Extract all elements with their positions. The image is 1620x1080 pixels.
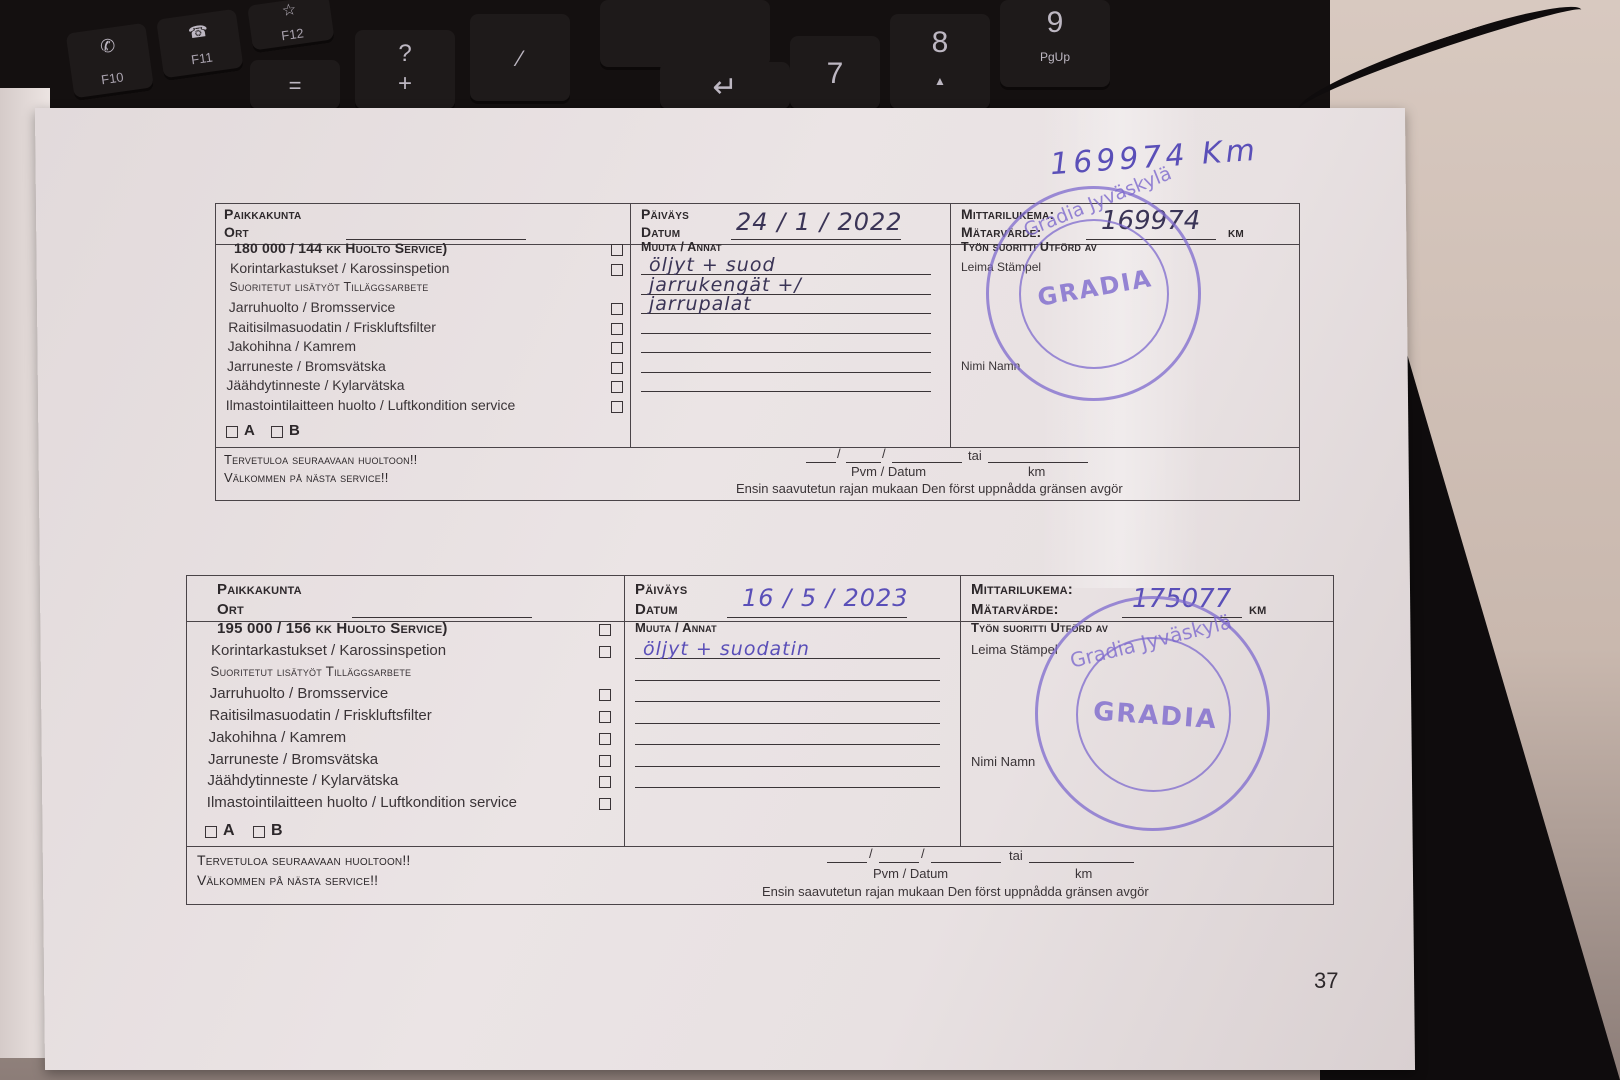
next-month-field[interactable] [846, 462, 881, 463]
checklist-item: Jäähdytinneste / Kylarvätska [207, 772, 398, 789]
next-date-label: Pvm / Datum [873, 866, 948, 881]
date-label-fi: Päiväys [641, 206, 689, 222]
key-label: 9 [1047, 6, 1064, 40]
service-checkbox[interactable] [599, 624, 611, 636]
workshop-stamp: Gradia Jyväskylä GRADIA [1035, 596, 1270, 831]
handwritten-note: jarrupalat [649, 293, 752, 315]
service-entry-1: Paikkakunta Ort Päiväys Datum 24 / 1 / 2… [215, 203, 1300, 501]
checklist-checkbox[interactable] [611, 381, 623, 393]
note-line[interactable] [635, 680, 940, 681]
next-km-field[interactable] [988, 462, 1088, 463]
key-f11: ☎ F11 [156, 9, 244, 82]
key-plus: ? + [355, 30, 455, 112]
checklist-checkbox[interactable] [611, 303, 623, 315]
checklist-checkbox[interactable] [599, 711, 611, 723]
odometer-unit: km [1228, 224, 1244, 240]
handwritten-note: öljyt + suodatin [643, 638, 810, 660]
next-year-field[interactable] [931, 862, 1001, 863]
footer-divider [187, 846, 1333, 847]
date-label-fi: Päiväys [635, 581, 687, 598]
or-label: tai [1009, 848, 1023, 863]
key-label: F12 [280, 25, 304, 43]
next-day-field[interactable] [806, 462, 836, 463]
key-7: 7 [790, 36, 880, 112]
key-label: = [289, 73, 302, 99]
checklist-checkbox[interactable] [611, 362, 623, 374]
welcome-fi: Tervetuloa seuraavaan huoltoon!! [224, 452, 418, 467]
slash: / [882, 446, 886, 461]
date-field[interactable] [727, 617, 907, 618]
checklist-item: Jarruneste / Bromsvätska [227, 358, 386, 374]
checklist-checkbox[interactable] [599, 689, 611, 701]
star-icon: ☆ [281, 0, 298, 21]
checklist-checkbox[interactable] [611, 264, 623, 276]
km-label: km [1075, 866, 1092, 881]
key-sublabel: ▲ [934, 74, 946, 88]
note-line[interactable] [641, 333, 931, 334]
note-line[interactable] [641, 391, 931, 392]
workshop-stamp: Gradia Jyväskylä GRADIA [986, 186, 1201, 401]
key-label: 7 [827, 57, 844, 91]
next-km-field[interactable] [1029, 862, 1134, 863]
welcome-sv: Välkommen på nästa service!! [224, 470, 389, 485]
checklist-item: Raitisilmasuodatin / Friskluftsfilter [209, 707, 432, 724]
key-slash: ⁄ [470, 14, 570, 104]
checklist-item: Jakohihna / Kamrem [228, 338, 356, 354]
other-label: Muuta / Annat [635, 620, 717, 635]
location-label-fi: Paikkakunta [217, 581, 302, 598]
key-9: 9 PgUp [1000, 0, 1110, 90]
option-a-label: A [223, 822, 235, 840]
next-date-label: Pvm / Datum [851, 464, 926, 479]
name-label: Nimi Namn [971, 754, 1035, 769]
note-line[interactable] [635, 723, 940, 724]
odometer-label-fi: Mittarilukema: [971, 581, 1073, 598]
checklist-item: Jarruhuolto / Bromsservice [229, 299, 396, 315]
key-zero: = [250, 60, 340, 112]
next-day-field[interactable] [827, 862, 867, 863]
odometer-label-sv: Mätarvärde: [971, 601, 1059, 618]
slash: / [837, 446, 841, 461]
limit-note: Ensin saavutetun rajan mukaan Den först … [762, 884, 1149, 899]
note-line[interactable] [635, 744, 940, 745]
slash: / [921, 846, 925, 861]
checklist-item: Korintarkastukset / Karossinspetion [230, 260, 449, 276]
key-sublabel: PgUp [1040, 50, 1070, 64]
note-line[interactable] [635, 766, 940, 767]
option-a-checkbox[interactable] [205, 826, 217, 838]
checklist-checkbox[interactable] [599, 646, 611, 658]
checklist-checkbox[interactable] [599, 755, 611, 767]
checklist-checkbox[interactable] [611, 401, 623, 413]
welcome-fi: Tervetuloa seuraavaan huoltoon!! [197, 852, 411, 868]
option-b-label: B [289, 422, 300, 439]
key-label: F11 [190, 49, 213, 67]
date-label-sv: Datum [641, 224, 680, 240]
checklist-checkbox[interactable] [599, 776, 611, 788]
service-checkbox[interactable] [611, 244, 623, 256]
key-large [600, 0, 770, 70]
section-heading: Suoritetut lisätyöt Tilläggsarbete [210, 664, 411, 679]
next-year-field[interactable] [892, 462, 962, 463]
other-label: Muuta / Annat [641, 240, 722, 254]
key-label: F10 [100, 69, 124, 87]
slash: / [869, 846, 873, 861]
option-b-label: B [271, 822, 283, 840]
note-line[interactable] [635, 701, 940, 702]
date-value: 16 / 5 / 2023 [742, 584, 909, 612]
service-header: 180 000 / 144 kk Huolto Service) [234, 240, 447, 256]
note-line[interactable] [635, 787, 940, 788]
location-field[interactable] [352, 617, 532, 618]
checklist-item: Jakohihna / Kamrem [209, 729, 347, 746]
key-label: ? [398, 40, 411, 68]
location-label-fi: Paikkakunta [224, 206, 301, 222]
limit-note: Ensin saavutetun rajan mukaan Den först … [736, 481, 1123, 496]
next-month-field[interactable] [879, 862, 919, 863]
checklist-item: Jarruneste / Bromsvätska [208, 751, 378, 768]
note-line[interactable] [641, 352, 931, 353]
option-a-label: A [244, 422, 255, 439]
phone-icon: ✆ [99, 35, 117, 58]
checklist-item: Raitisilmasuodatin / Friskluftsfilter [228, 319, 436, 335]
checklist-checkbox[interactable] [611, 323, 623, 335]
location-label-sv: Ort [217, 601, 244, 618]
service-header: 195 000 / 156 kk Huolto Service) [217, 620, 448, 637]
option-a-checkbox[interactable] [226, 426, 238, 438]
laptop-keyboard: ✆ F10 ☎ F11 ☆ F12 ? + = ⁄ ↵ 7 8 ▲ 9 PgUp [0, 0, 1330, 112]
key-sublabel: + [398, 70, 412, 98]
date-value: 24 / 1 / 2022 [736, 208, 903, 236]
odometer-unit: km [1249, 601, 1267, 618]
checklist-checkbox[interactable] [599, 733, 611, 745]
checklist-item: Jarruhuolto / Bromsservice [210, 685, 388, 702]
welcome-sv: Välkommen på nästa service!! [197, 872, 378, 888]
hang-up-icon: ☎ [187, 21, 210, 44]
km-label: km [1028, 464, 1045, 479]
enter-icon: ↵ [712, 70, 737, 105]
checklist-checkbox[interactable] [611, 342, 623, 354]
checklist-item: Korintarkastukset / Karossinspetion [211, 642, 446, 659]
footer-divider [216, 447, 1299, 448]
checklist-item: Jäähdytinneste / Kylarvätska [226, 377, 404, 393]
option-b-checkbox[interactable] [271, 426, 283, 438]
key-enter: ↵ [660, 62, 790, 112]
cable [1291, 0, 1589, 125]
key-8: 8 ▲ [890, 14, 990, 112]
service-entry-2: Paikkakunta Ort Päiväys Datum 16 / 5 / 2… [186, 575, 1334, 905]
section-heading: Suoritetut lisätyöt Tilläggsarbete [229, 280, 428, 294]
note-line[interactable] [641, 372, 931, 373]
slash-glyph: ⁄ [518, 46, 522, 72]
or-label: tai [968, 448, 982, 463]
date-label-sv: Datum [635, 601, 678, 618]
key-label: 8 [932, 26, 949, 60]
checklist-item: Ilmastointilaitteen huolto / Luftkonditi… [226, 397, 516, 413]
option-b-checkbox[interactable] [253, 826, 265, 838]
stamp-label: Leima Stämpel [971, 642, 1058, 657]
location-label-sv: Ort [224, 224, 249, 240]
page-number: 37 [1314, 968, 1338, 994]
date-field[interactable] [731, 239, 901, 240]
key-f12: ☆ F12 [247, 0, 335, 53]
checklist-checkbox[interactable] [599, 798, 611, 810]
checklist-item: Ilmastointilaitteen huolto / Luftkonditi… [207, 794, 517, 811]
key-f10: ✆ F10 [66, 23, 155, 101]
